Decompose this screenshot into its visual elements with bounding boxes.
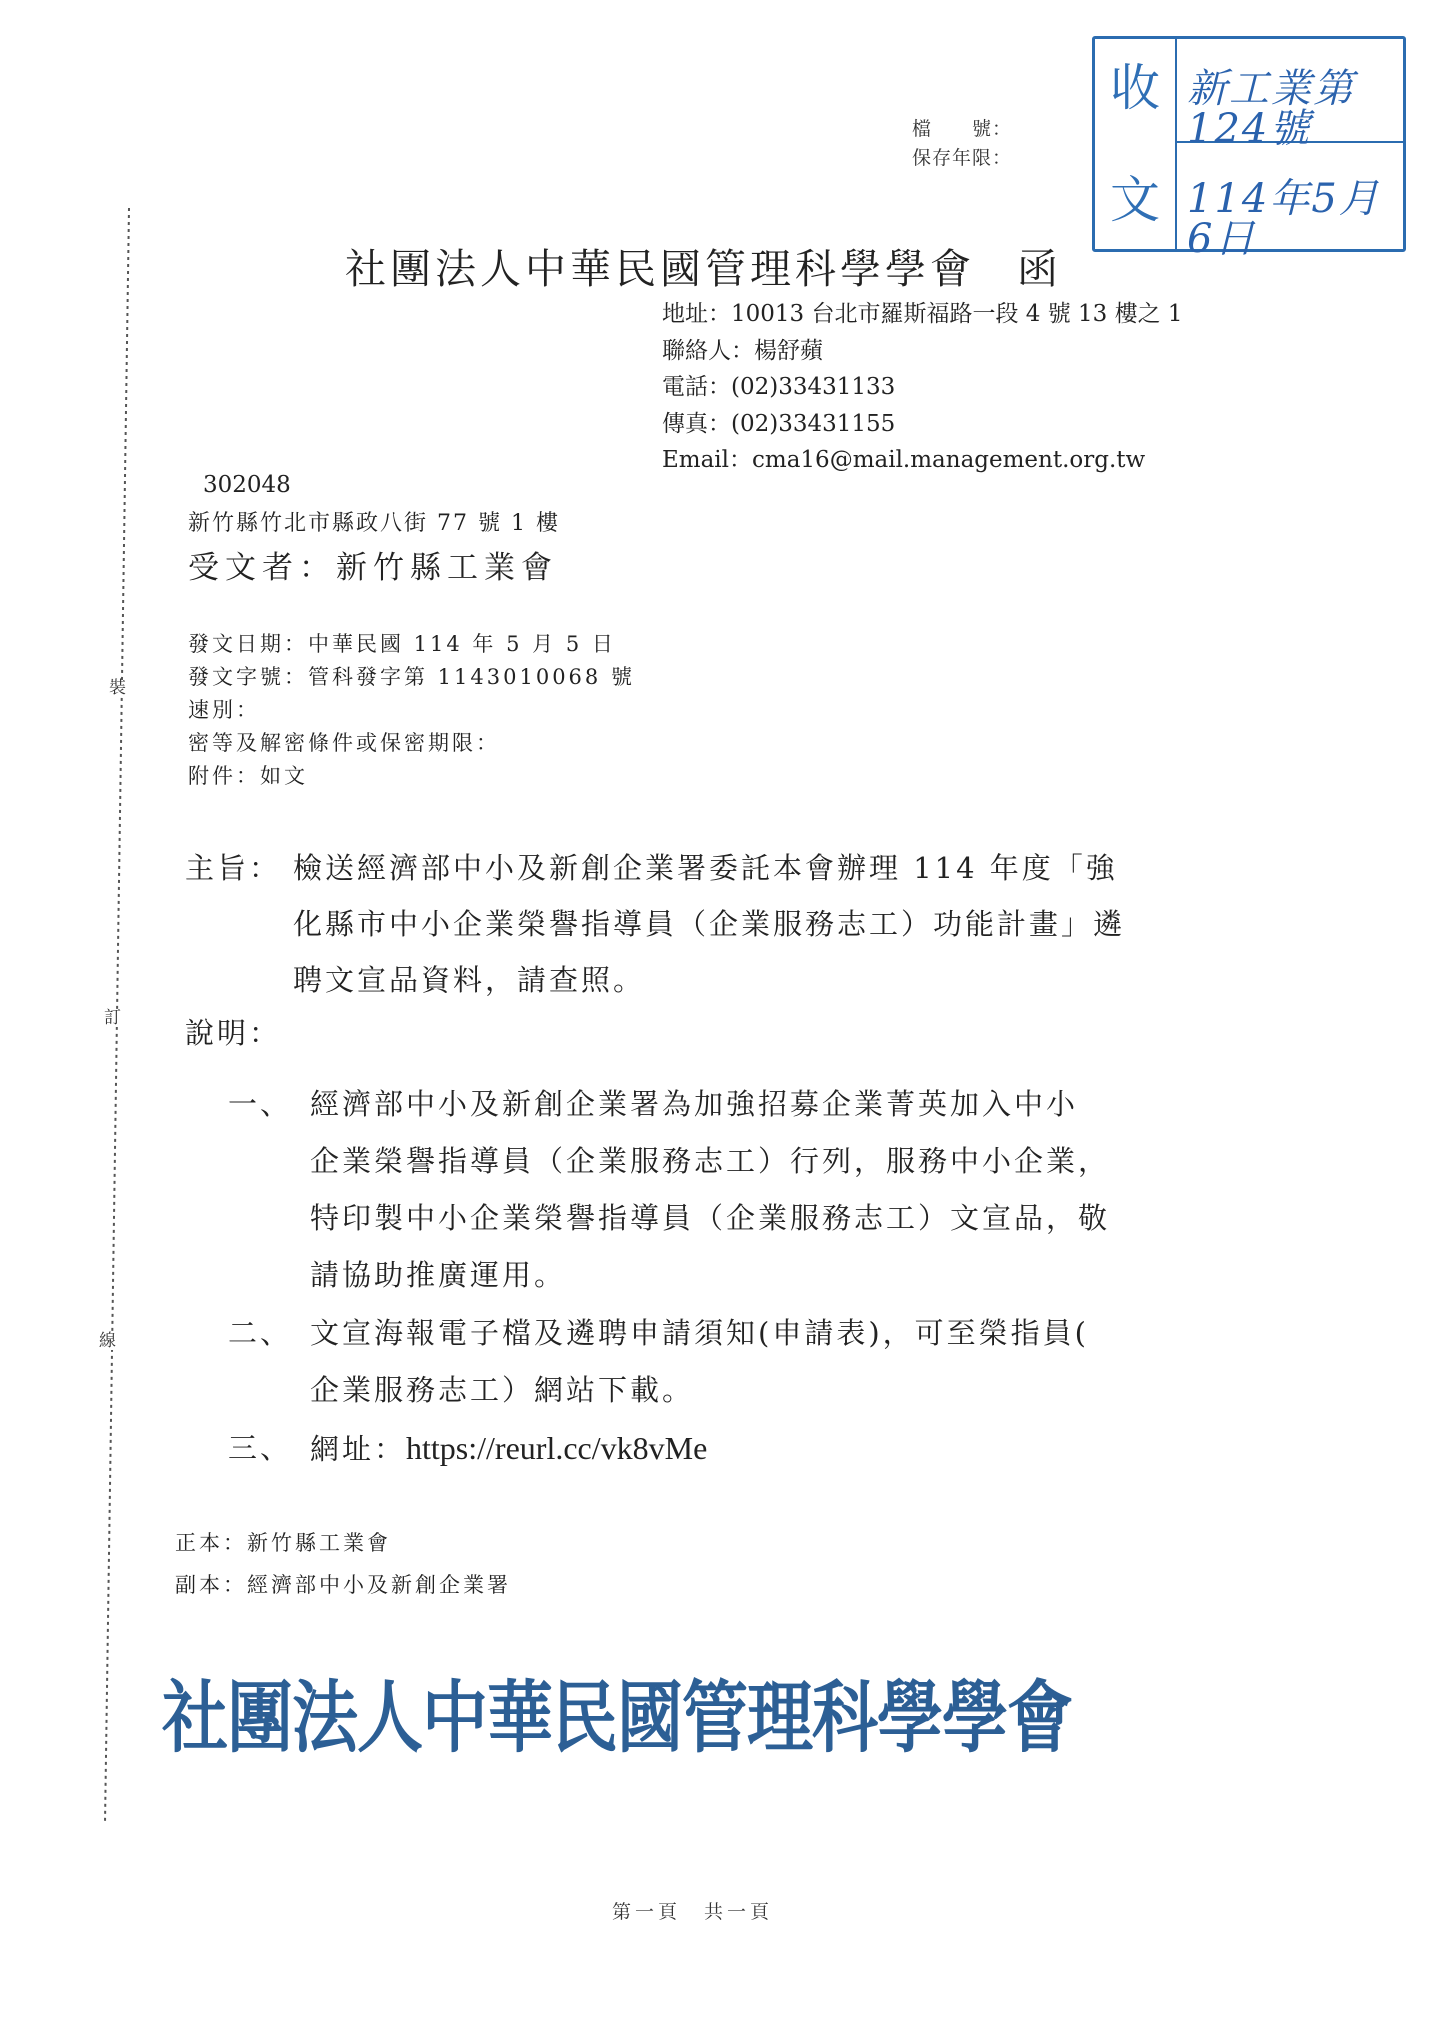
subject-line: 檢送經濟部中小及新創企業署委託本會辦理 114 年度「強 bbox=[293, 840, 1223, 896]
sender-fax: 傳真：(02)33431155 bbox=[662, 406, 1183, 443]
item-number: 二、 bbox=[228, 1305, 308, 1362]
recipient-address: 新竹縣竹北市縣政八街 77 號 1 樓 bbox=[188, 506, 560, 537]
sender-email: Email：cma16@mail.management.org.tw bbox=[662, 442, 1183, 479]
subject-line: 聘文宣品資料，請查照。 bbox=[293, 952, 1223, 1008]
dispatch-number: 發文字號：管科發字第 1143010068 號 bbox=[188, 661, 635, 694]
sender-phone: 電話：(02)33431133 bbox=[662, 369, 1183, 406]
duplicate-copy-recipient: 副本：經濟部中小及新創企業署 bbox=[175, 1564, 511, 1606]
item-line: 請協助推廣運用。 bbox=[310, 1247, 1110, 1304]
sender-contact: 聯絡人：楊舒蘋 bbox=[662, 333, 1183, 370]
subject-label: 主旨： bbox=[185, 840, 281, 896]
organization-seal: 社團法人中華民國管理科學學會 bbox=[162, 1655, 1072, 1767]
binding-label-xian: 線 bbox=[99, 1333, 116, 1350]
issuing-organization: 社團法人中華民國管理科學學會 bbox=[345, 245, 975, 293]
archive-meta: 檔 號： 保存年限： bbox=[912, 115, 1012, 173]
item-line: 經濟部中小及新創企業署為加強招募企業菁英加入中小 bbox=[310, 1076, 1110, 1133]
recipient-name: 受文者：新竹縣工業會 bbox=[188, 542, 558, 587]
item-line: 文宣海報電子檔及遴聘申請須知(申請表)，可至榮指員( bbox=[310, 1305, 1089, 1362]
dispatch-meta: 發文日期：中華民國 114 年 5 月 5 日 發文字號：管科發字第 11430… bbox=[188, 628, 635, 793]
original-copy-recipient: 正本：新竹縣工業會 bbox=[175, 1522, 511, 1564]
sender-info: 地址：10013 台北市羅斯福路一段 4 號 13 樓之 1 聯絡人：楊舒蘋 電… bbox=[662, 296, 1183, 479]
recipient-postal-code: 302048 bbox=[203, 472, 291, 498]
subject-line: 化縣市中小企業榮譽指導員（企業服務志工）功能計畫」遴 bbox=[293, 896, 1223, 952]
item-text: 文宣海報電子檔及遴聘申請須知(申請表)，可至榮指員( 企業服務志工）網站下載。 bbox=[310, 1305, 1089, 1419]
binding-label-zhuang: 裝 bbox=[109, 680, 126, 697]
item-text: 網址：https://reurl.cc/vk8vMe bbox=[310, 1420, 707, 1478]
stamp-char-receive: 收 bbox=[1095, 63, 1175, 113]
explanation-label: 說明： bbox=[185, 1011, 281, 1052]
stamp-char-document: 文 bbox=[1095, 175, 1175, 225]
retention-period-label: 保存年限： bbox=[912, 144, 1012, 173]
item-number: 三、 bbox=[228, 1420, 308, 1477]
dispatch-speed: 速別： bbox=[188, 694, 635, 727]
item-number: 一、 bbox=[228, 1076, 308, 1133]
item-text: 經濟部中小及新創企業署為加強招募企業菁英加入中小 企業榮譽指導員（企業服務志工）… bbox=[310, 1076, 1110, 1304]
website-url-link[interactable]: https://reurl.cc/vk8vMe bbox=[406, 1430, 707, 1466]
copies-section: 正本：新竹縣工業會 副本：經濟部中小及新創企業署 bbox=[175, 1522, 511, 1606]
document-title: 社團法人中華民國管理科學學會函 bbox=[345, 236, 1062, 295]
page-number-footer: 第一頁 共一頁 bbox=[612, 1897, 773, 1924]
item-line: 企業服務志工）網站下載。 bbox=[310, 1362, 1089, 1419]
receipt-stamp: 收 文 新工業第124號 114年5月6日 bbox=[1092, 36, 1406, 252]
sender-address: 地址：10013 台北市羅斯福路一段 4 號 13 樓之 1 bbox=[662, 296, 1183, 333]
document-type: 函 bbox=[1017, 245, 1062, 293]
item-line: 企業榮譽指導員（企業服務志工）行列，服務中小企業， bbox=[310, 1133, 1110, 1190]
dispatch-classification: 密等及解密條件或保密期限： bbox=[188, 727, 635, 760]
stamp-receipt-number: 新工業第124號 bbox=[1187, 69, 1403, 149]
url-prefix: 網址： bbox=[310, 1432, 406, 1466]
dispatch-attachment: 附件：如文 bbox=[188, 760, 635, 793]
file-number-label: 檔 號： bbox=[912, 115, 1012, 144]
binding-label-ding: 訂 bbox=[104, 1010, 121, 1027]
dispatch-date: 發文日期：中華民國 114 年 5 月 5 日 bbox=[188, 628, 635, 661]
subject-body: 檢送經濟部中小及新創企業署委託本會辦理 114 年度「強 化縣市中小企業榮譽指導… bbox=[293, 840, 1223, 1008]
stamp-receipt-date: 114年5月6日 bbox=[1187, 179, 1403, 259]
item-line: 特印製中小企業榮譽指導員（企業服務志工）文宣品，敬 bbox=[310, 1190, 1110, 1247]
